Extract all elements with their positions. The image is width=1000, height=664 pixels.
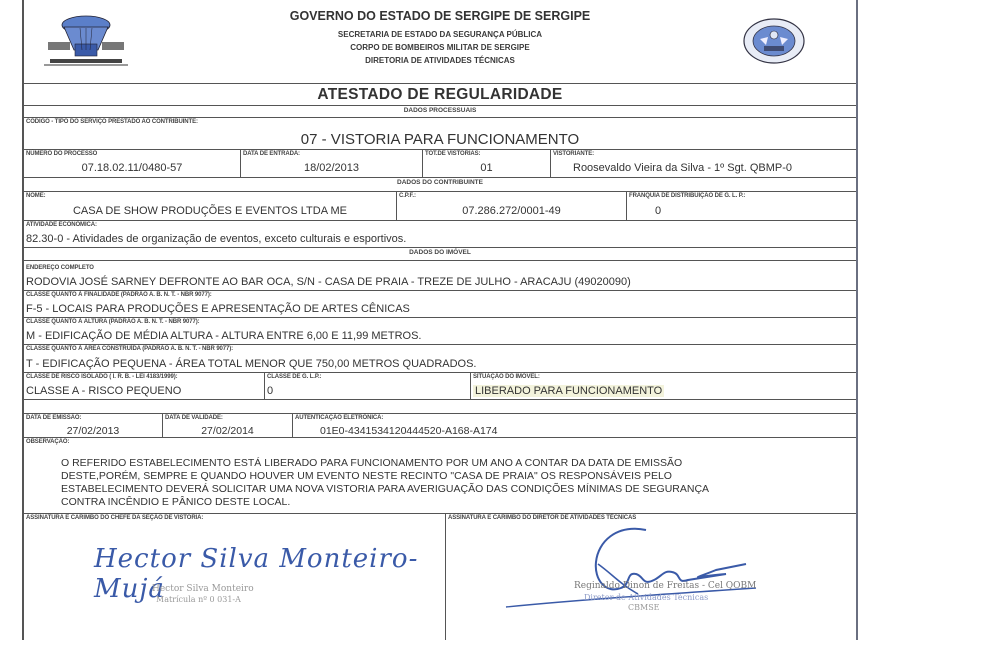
observation-row: OBSERVAÇÃO: O REFERIDO ESTABELECIMENTO E…: [24, 438, 856, 514]
glp-class-label: CLASSE DE G. L.P.:: [267, 374, 321, 380]
authentication-cell: AUTENTICAÇÃO ELETRÔNICA: 01E0-4341534120…: [292, 414, 856, 437]
inspection-chief-handwritten-signature: Hector Silva Monteiro-Mujá: [94, 544, 445, 604]
area-row: CLASSE QUANTO À ÁREA CONSTRUÍDA (PADRÃO …: [24, 345, 856, 373]
director-signature-label: ASSINATURA E CARIMBO DO DIRETOR DE ATIVI…: [448, 515, 636, 521]
section-taxpayer: DADOS DO CONTRIBUINTE: [24, 178, 856, 192]
inspection-chief-signature-box: ASSINATURA E CARIMBO DO CHEFE DA SEÇÃO D…: [24, 514, 445, 640]
signatures-row: ASSINATURA E CARIMBO DO CHEFE DA SEÇÃO D…: [24, 514, 856, 640]
glp-franchise-label: FRANQUIA DE DISTRIBUIÇÃO DE G. L. P.:: [629, 193, 745, 199]
status-label: SITUAÇÃO DO IMÓVEL:: [473, 374, 540, 380]
inspection-chief-stamp-name: Hector Silva Monteiro: [152, 584, 254, 594]
validity-date-value: 27/02/2014: [163, 425, 292, 437]
service-value: 07 - VISTORIA PARA FUNCIONAMENTO: [24, 131, 856, 148]
section-property: DADOS DO IMÓVEL: [24, 248, 856, 261]
entry-date-value: 18/02/2013: [241, 162, 422, 174]
name-value: CASA DE SHOW PRODUÇÕES E EVENTOS LTDA ME: [24, 205, 396, 217]
title-row: ATESTADO DE REGULARIDADE: [24, 84, 856, 106]
observation-text: O REFERIDO ESTABELECIMENTO ESTÁ LIBERADO…: [61, 457, 709, 509]
status-cell: SITUAÇÃO DO IMÓVEL: LIBERADO PARA FUNCIO…: [470, 373, 856, 399]
process-number-label: NÚMERO DO PROCESSO: [26, 151, 97, 157]
observation-line: CONTRA INCÊNDIO E PÂNICO DESTE LOCAL.: [61, 496, 709, 509]
cpf-cell: C.P.F.: 07.286.272/0001-49: [396, 192, 626, 220]
observation-line: DESTE,PORÉM, SEMPRE E QUANDO HOUVER UM E…: [61, 470, 709, 483]
address-row: ENDEREÇO COMPLETO RODOVIA JOSÉ SARNEY DE…: [24, 261, 856, 291]
fire-brigade-seal-icon: [742, 17, 806, 65]
spacer-row: [24, 400, 856, 414]
status-badge: LIBERADO PARA FUNCIONAMENTO: [473, 385, 664, 397]
inspector-value: Roosevaldo Vieira da Silva - 1º Sgt. QBM…: [573, 162, 792, 174]
inspector-label: VISTORIANTE:: [553, 151, 594, 157]
inspection-chief-signature-label: ASSINATURA E CARIMBO DO CHEFE DA SEÇÃO D…: [26, 515, 203, 521]
director-signature-box: ASSINATURA E CARIMBO DO DIRETOR DE ATIVI…: [445, 514, 856, 640]
director-stamp-name: Reginaldo Dinon de Freitas - Cel QOBM: [574, 581, 756, 591]
observation-line: ESTABELECIMENTO DEVERÁ SOLICITAR UMA NOV…: [61, 483, 709, 496]
glp-class-cell: CLASSE DE G. L.P.: 0: [264, 373, 470, 399]
risk-value: CLASSE A - RISCO PEQUENO: [26, 385, 181, 397]
address-value: RODOVIA JOSÉ SARNEY DEFRONTE AO BAR OCA,…: [26, 276, 631, 288]
purpose-label: CLASSE QUANTO À FINALIDADE (PADRÃO A. B.…: [26, 292, 212, 298]
issue-date-cell: DATA DE EMISSÃO: 27/02/2013: [24, 414, 162, 437]
taxpayer-row: NOME: CASA DE SHOW PRODUÇÕES E EVENTOS L…: [24, 192, 856, 221]
director-stamp-org: CBMSE: [628, 603, 660, 612]
validity-date-cell: DATA DE VALIDADE: 27/02/2014: [162, 414, 292, 437]
purpose-value: F-5 - LOCAIS PARA PRODUÇÕES E APRESENTAÇ…: [26, 303, 410, 315]
section-heading-process: DADOS PROCESSUAIS: [24, 107, 856, 114]
glp-class-value: 0: [267, 385, 273, 397]
issuance-row: DATA DE EMISSÃO: 27/02/2013 DATA DE VALI…: [24, 414, 856, 438]
section-heading-property: DADOS DO IMÓVEL: [24, 249, 856, 256]
name-cell: NOME: CASA DE SHOW PRODUÇÕES E EVENTOS L…: [24, 192, 396, 220]
validity-date-label: DATA DE VALIDADE:: [165, 415, 223, 421]
height-label: CLASSE QUANTO À ALTURA (PADRÃO A. B. N. …: [26, 319, 200, 325]
authentication-value: 01E0-4341534120444520-A168-A174: [320, 425, 498, 437]
activity-value: 82.30-0 - Atividades de organização de e…: [26, 233, 406, 245]
inspections-cell: TOT.DE VISTORIAS: 01: [422, 150, 550, 177]
process-row: NÚMERO DO PROCESSO 07.18.02.11/0480-57 D…: [24, 150, 856, 178]
entry-date-cell: DATA DE ENTRADA: 18/02/2013: [240, 150, 422, 177]
area-value: T - EDIFICAÇÃO PEQUENA - ÁREA TOTAL MENO…: [26, 358, 477, 370]
service-label: CÓDIGO - TIPO DO SERVIÇO PRESTADO AO CON…: [26, 119, 198, 125]
corps-heading: CORPO DE BOMBEIROS MILITAR DE SERGIPE: [24, 43, 856, 52]
secretariat-heading: SECRETARIA DE ESTADO DA SEGURANÇA PÚBLIC…: [24, 30, 856, 39]
directorate-heading: DIRETORIA DE ATIVIDADES TÉCNICAS: [24, 56, 856, 65]
area-label: CLASSE QUANTO À ÁREA CONSTRUÍDA (PADRÃO …: [26, 346, 233, 352]
issue-date-value: 27/02/2013: [24, 425, 162, 437]
observation-label: OBSERVAÇÃO:: [26, 439, 69, 445]
height-row: CLASSE QUANTO À ALTURA (PADRÃO A. B. N. …: [24, 318, 856, 345]
height-value: M - EDIFICAÇÃO DE MÉDIA ALTURA - ALTURA …: [26, 330, 422, 342]
activity-row: ATIVIDADE ECONÔMICA: 82.30-0 - Atividade…: [24, 221, 856, 248]
section-process: DADOS PROCESSUAIS: [24, 106, 856, 118]
government-heading: GOVERNO DO ESTADO DE SERGIPE DE SERGIPE: [24, 9, 856, 23]
risk-cell: CLASSE DE RISCO ISOLADO ( I. R. B. - LEI…: [24, 373, 264, 399]
inspections-value: 01: [423, 162, 550, 174]
glp-franchise-cell: FRANQUIA DE DISTRIBUIÇÃO DE G. L. P.: 0: [626, 192, 856, 220]
document-title: ATESTADO DE REGULARIDADE: [24, 86, 856, 104]
letterhead: GOVERNO DO ESTADO DE SERGIPE DE SERGIPE …: [24, 0, 856, 84]
entry-date-label: DATA DE ENTRADA:: [243, 151, 300, 157]
inspection-chief-stamp-id: Matrícula nº 0 031-A: [156, 595, 241, 604]
process-number-cell: NÚMERO DO PROCESSO 07.18.02.11/0480-57: [24, 150, 240, 177]
observation-line: O REFERIDO ESTABELECIMENTO ESTÁ LIBERADO…: [61, 457, 709, 470]
risk-label: CLASSE DE RISCO ISOLADO ( I. R. B. - LEI…: [26, 374, 178, 380]
cpf-label: C.P.F.:: [399, 193, 416, 199]
cpf-value: 07.286.272/0001-49: [397, 205, 626, 217]
inspections-label: TOT.DE VISTORIAS:: [425, 151, 480, 157]
service-row: CÓDIGO - TIPO DO SERVIÇO PRESTADO AO CON…: [24, 118, 856, 150]
issue-date-label: DATA DE EMISSÃO:: [26, 415, 81, 421]
inspector-cell: VISTORIANTE: Roosevaldo Vieira da Silva …: [550, 150, 856, 177]
process-number-value: 07.18.02.11/0480-57: [24, 162, 240, 174]
risk-row: CLASSE DE RISCO ISOLADO ( I. R. B. - LEI…: [24, 373, 856, 400]
name-label: NOME:: [26, 193, 46, 199]
glp-franchise-value: 0: [655, 205, 661, 217]
director-stamp-role: Diretor de Atividades Técnicas: [584, 593, 708, 602]
section-heading-taxpayer: DADOS DO CONTRIBUINTE: [24, 179, 856, 186]
authentication-label: AUTENTICAÇÃO ELETRÔNICA:: [295, 415, 383, 421]
address-label: ENDEREÇO COMPLETO: [26, 265, 94, 271]
activity-label: ATIVIDADE ECONÔMICA:: [26, 222, 97, 228]
certificate-document: GOVERNO DO ESTADO DE SERGIPE DE SERGIPE …: [22, 0, 858, 640]
purpose-row: CLASSE QUANTO À FINALIDADE (PADRÃO A. B.…: [24, 291, 856, 318]
